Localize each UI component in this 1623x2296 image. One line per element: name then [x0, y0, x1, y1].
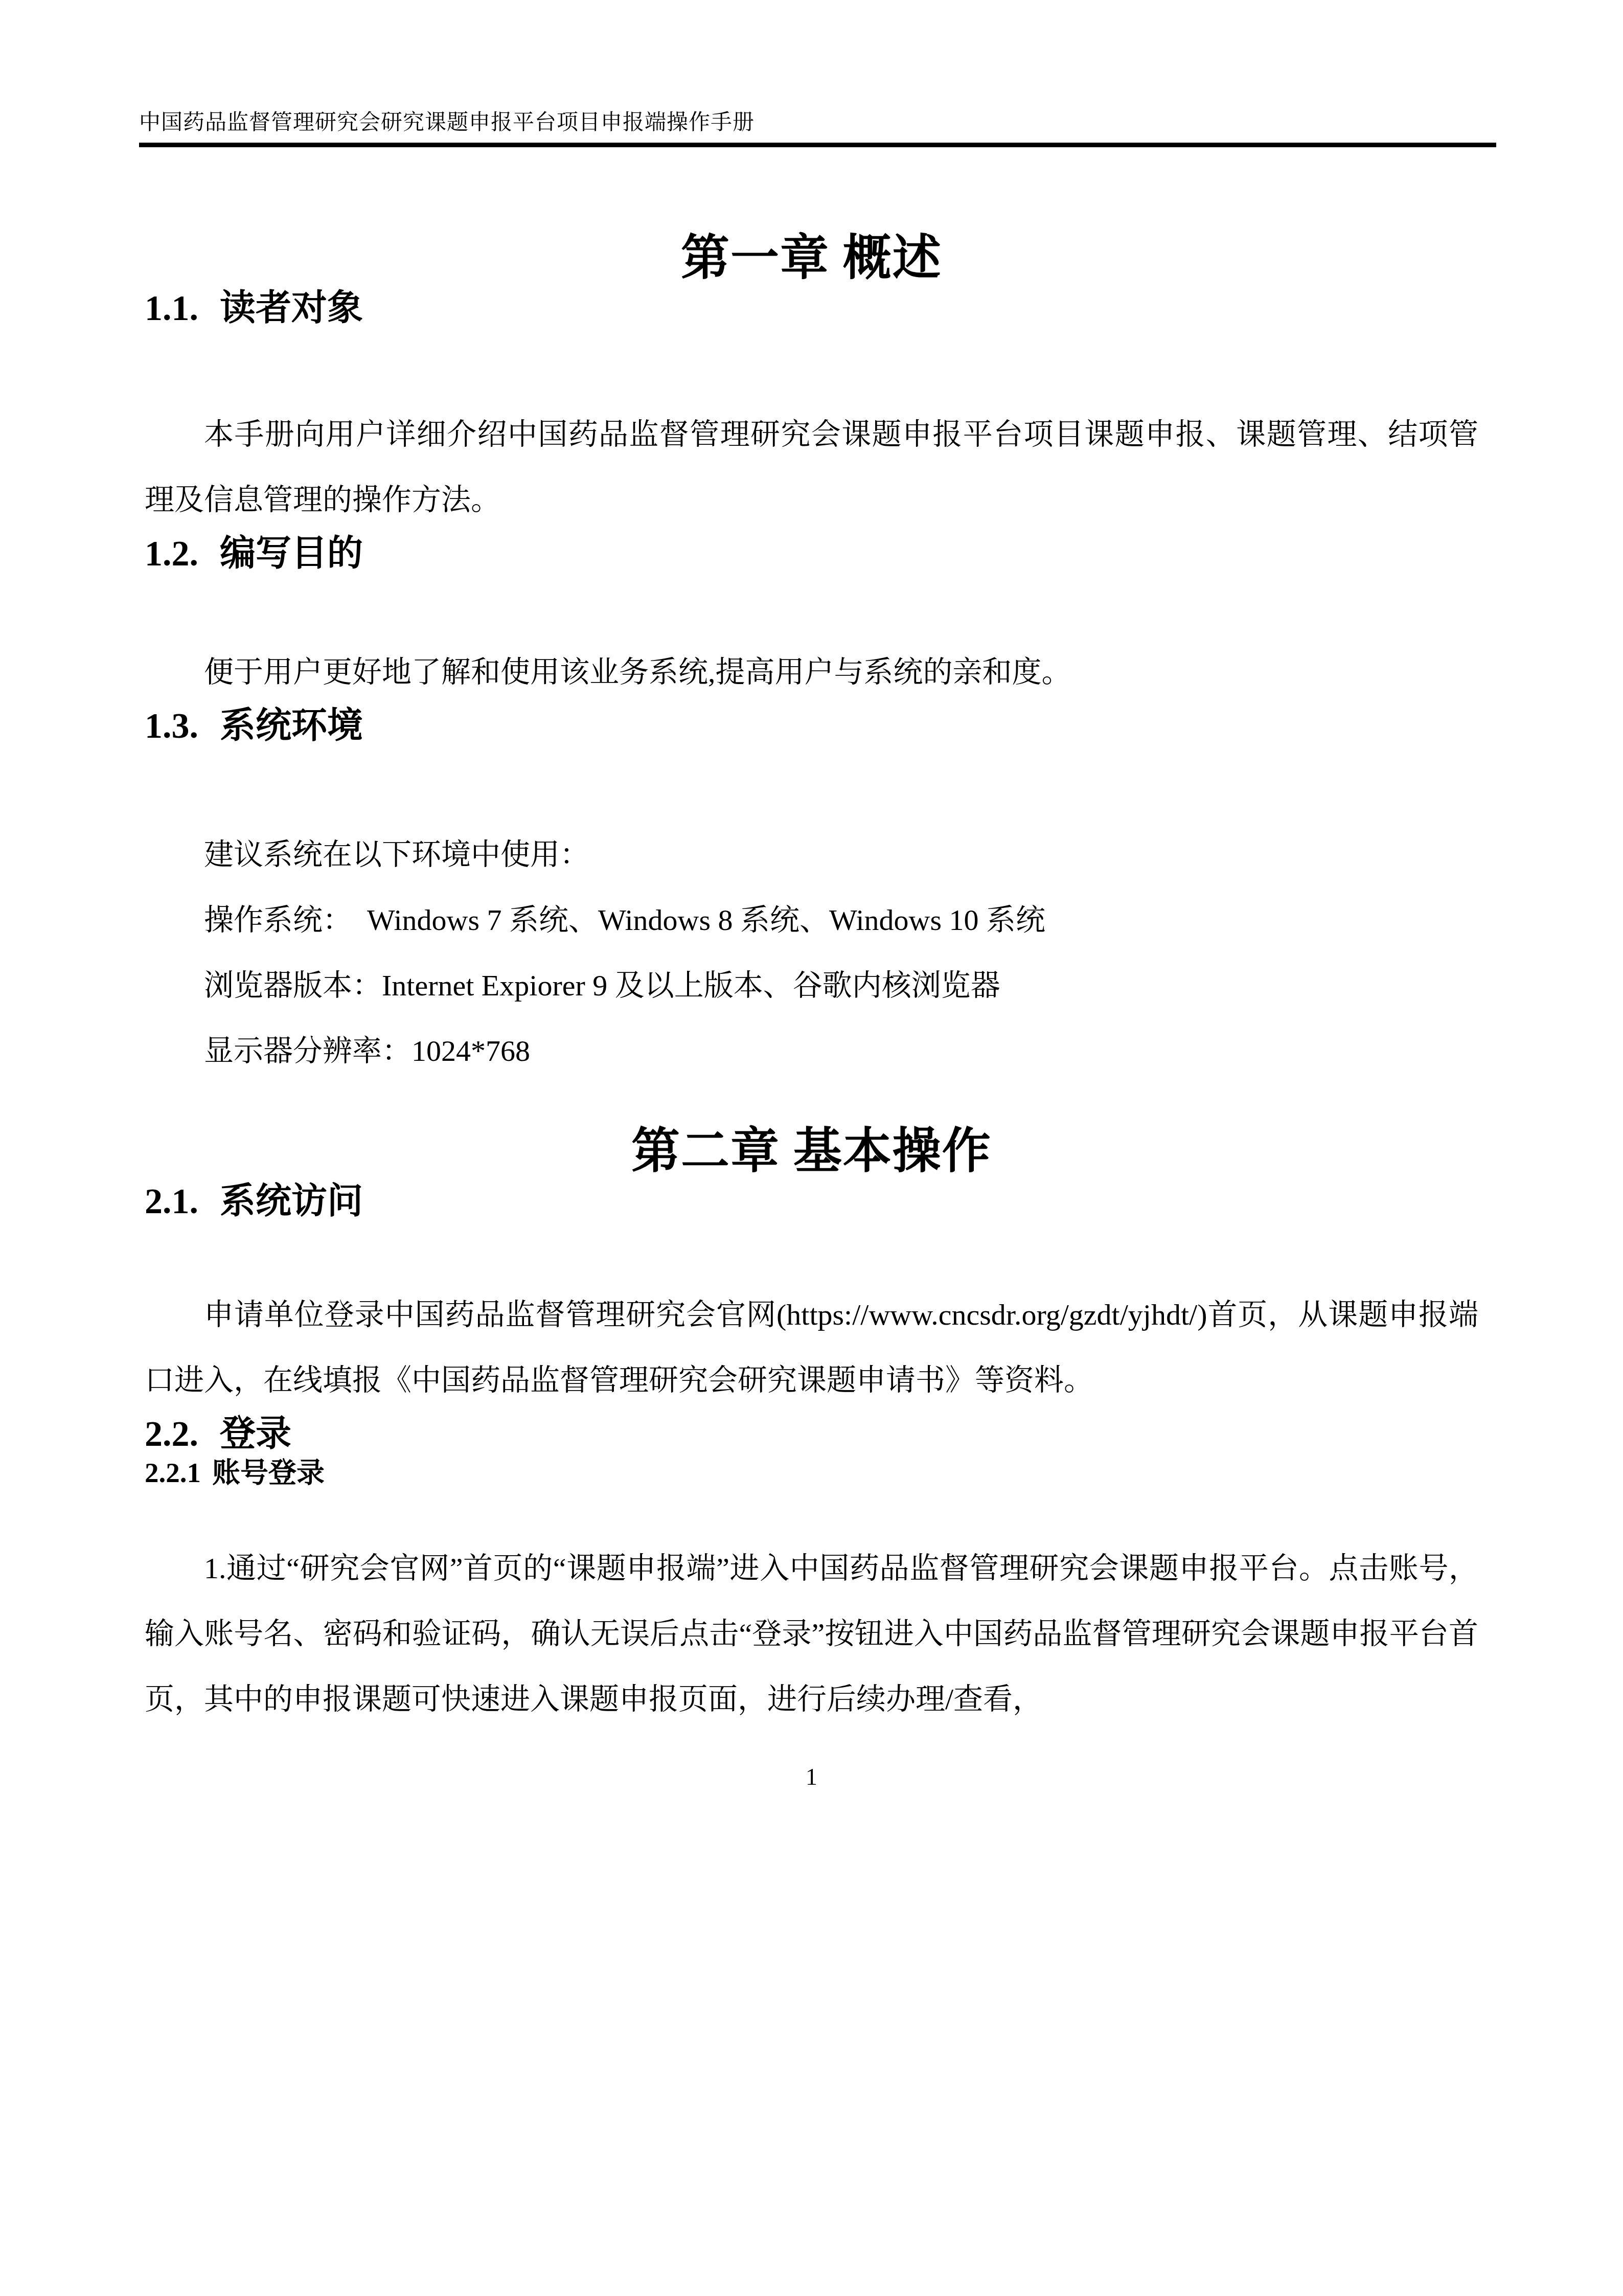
section-1-1-paragraph: 本手册向用户详细介绍中国药品监督管理研究会课题申报平台项目课题申报、课题管理、结…	[145, 402, 1478, 533]
section-1-3-number: 1.3.	[145, 707, 198, 746]
section-2-2-heading: 2.2.登录	[145, 1413, 1478, 1456]
section-1-2-title: 编写目的	[220, 534, 363, 574]
environment-intro-line: 建议系统在以下环境中使用：	[145, 822, 1478, 888]
section-2-1-title: 系统访问	[220, 1182, 363, 1221]
section-2-1-paragraph: 申请单位登录中国药品监督管理研究会官网(https://www.cncsdr.o…	[145, 1282, 1478, 1413]
environment-resolution-line: 显示器分辨率：1024*768	[145, 1018, 1478, 1084]
section-1-3-title: 系统环境	[220, 707, 363, 746]
page-number: 1	[145, 1763, 1478, 1791]
document-header: 中国药品监督管理研究会研究课题申报平台项目申报端操作手册	[139, 110, 1496, 147]
section-2-1-heading: 2.1.系统访问	[145, 1180, 1478, 1223]
chapter-1-title: 第一章 概述	[145, 229, 1478, 287]
section-1-1-number: 1.1.	[145, 289, 198, 328]
section-2-1-number: 2.1.	[145, 1182, 198, 1221]
section-2-2-number: 2.2.	[145, 1415, 198, 1454]
section-1-2-paragraph: 便于用户更好地了解和使用该业务系统,提高用户与系统的亲和度。	[145, 640, 1478, 705]
section-1-3-heading: 1.3.系统环境	[145, 705, 1478, 748]
environment-os-line: 操作系统： Windows 7 系统、Windows 8 系统、Windows …	[145, 888, 1478, 953]
document-body: 第一章 概述 1.1.读者对象 本手册向用户详细介绍中国药品监督管理研究会课题申…	[145, 229, 1478, 1791]
manual-page: { "header": { "title": "中国药品监督管理研究会研究课题申…	[0, 0, 1623, 2296]
section-2-2-1-paragraph: 1.通过“研究会官网”首页的“课题申报端”进入中国药品监督管理研究会课题申报平台…	[145, 1536, 1478, 1732]
section-2-2-1-title: 账号登录	[212, 1457, 325, 1488]
chapter-2-title: 第二章 基本操作	[145, 1122, 1478, 1180]
section-2-2-1-heading: 2.2.1账号登录	[145, 1456, 1478, 1490]
section-2-2-title: 登录	[220, 1415, 291, 1454]
system-environment-list: 建议系统在以下环境中使用： 操作系统： Windows 7 系统、Windows…	[145, 822, 1478, 1084]
document-header-title: 中国药品监督管理研究会研究课题申报平台项目申报端操作手册	[139, 111, 755, 134]
section-1-2-heading: 1.2.编写目的	[145, 533, 1478, 576]
section-1-1-title: 读者对象	[220, 289, 363, 328]
section-1-2-number: 1.2.	[145, 534, 198, 574]
section-2-2-1-number: 2.2.1	[145, 1457, 201, 1488]
environment-browser-line: 浏览器版本：Internet Expiorer 9 及以上版本、谷歌内核浏览器	[145, 953, 1478, 1018]
section-1-1-heading: 1.1.读者对象	[145, 287, 1478, 330]
